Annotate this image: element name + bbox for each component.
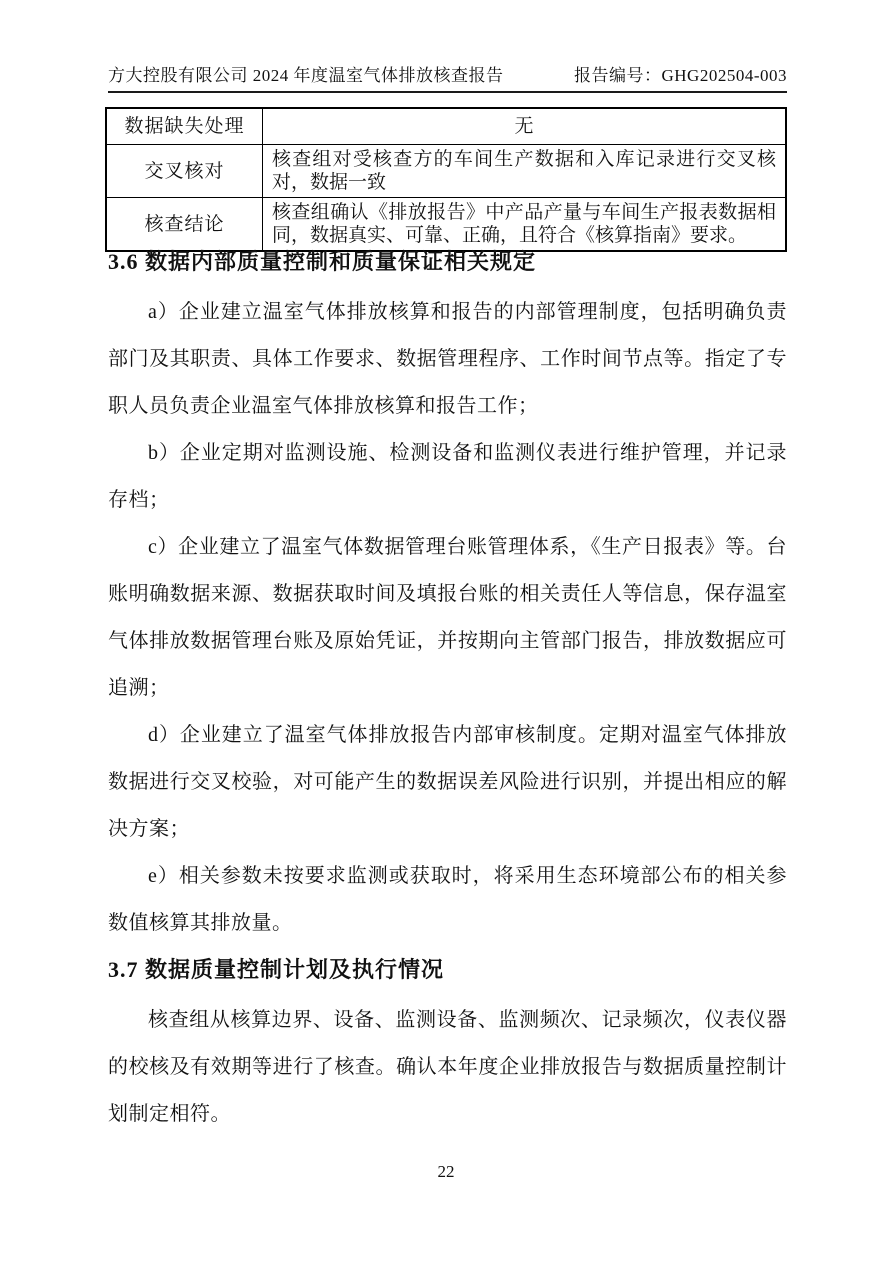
header-report-number: 报告编号：GHG202504-003 [574, 61, 787, 86]
body-paragraph: e）相关参数未按要求监测或获取时，将采用生态环境部公布的相关参数值核算其排放量。 [108, 853, 787, 947]
row-label: 数据缺失处理 [106, 108, 263, 145]
row-label: 核查结论 [106, 198, 263, 252]
body-paragraph: c）企业建立了温室气体数据管理台账管理体系，《生产日报表》等。台账明确数据来源、… [108, 524, 787, 712]
page-header: 方大控股有限公司 2024 年度温室气体排放核查报告 报告编号：GHG20250… [108, 60, 787, 93]
row-content: 核查组确认《排放报告》中产品产量与车间生产报表数据相同，数据真实、可靠、正确，且… [263, 198, 787, 252]
document-page: 方大控股有限公司 2024 年度温室气体排放核查报告 报告编号：GHG20250… [0, 0, 892, 1262]
row-content: 无 [263, 108, 787, 145]
body-paragraph: d）企业建立了温室气体排放报告内部审核制度。定期对温室气体排放数据进行交叉校验，… [108, 712, 787, 853]
data-quality-table-body: 数据缺失处理无交叉核对核查组对受核查方的车间生产数据和入库记录进行交叉核对，数据… [106, 108, 786, 251]
table-row: 数据缺失处理无 [106, 108, 786, 145]
data-quality-table: 数据缺失处理无交叉核对核查组对受核查方的车间生产数据和入库记录进行交叉核对，数据… [105, 107, 787, 252]
section: 3.6 数据内部质量控制和质量保证相关规定a）企业建立温室气体排放核算和报告的内… [108, 247, 787, 947]
section-heading: 3.6 数据内部质量控制和质量保证相关规定 [108, 247, 787, 277]
header-title: 方大控股有限公司 2024 年度温室气体排放核查报告 [108, 61, 504, 86]
body-paragraph: a）企业建立温室气体排放核算和报告的内部管理制度，包括明确负责部门及其职责、具体… [108, 289, 787, 430]
body-paragraph: 核查组从核算边界、设备、监测设备、监测频次、记录频次，仪表仪器的校核及有效期等进… [108, 997, 787, 1138]
section: 3.7 数据质量控制计划及执行情况核查组从核算边界、设备、监测设备、监测频次、记… [108, 955, 787, 1138]
table-row: 核查结论核查组确认《排放报告》中产品产量与车间生产报表数据相同，数据真实、可靠、… [106, 198, 786, 252]
document-body: 3.6 数据内部质量控制和质量保证相关规定a）企业建立温室气体排放核算和报告的内… [108, 247, 787, 1138]
row-label: 交叉核对 [106, 145, 263, 198]
page-footer: 22 [0, 1162, 892, 1182]
section-heading: 3.7 数据质量控制计划及执行情况 [108, 955, 787, 985]
body-paragraph: b）企业定期对监测设施、检测设备和监测仪表进行维护管理，并记录存档； [108, 430, 787, 524]
table-row: 交叉核对核查组对受核查方的车间生产数据和入库记录进行交叉核对，数据一致 [106, 145, 786, 198]
row-content: 核查组对受核查方的车间生产数据和入库记录进行交叉核对，数据一致 [263, 145, 787, 198]
page-number: 22 [438, 1162, 455, 1181]
